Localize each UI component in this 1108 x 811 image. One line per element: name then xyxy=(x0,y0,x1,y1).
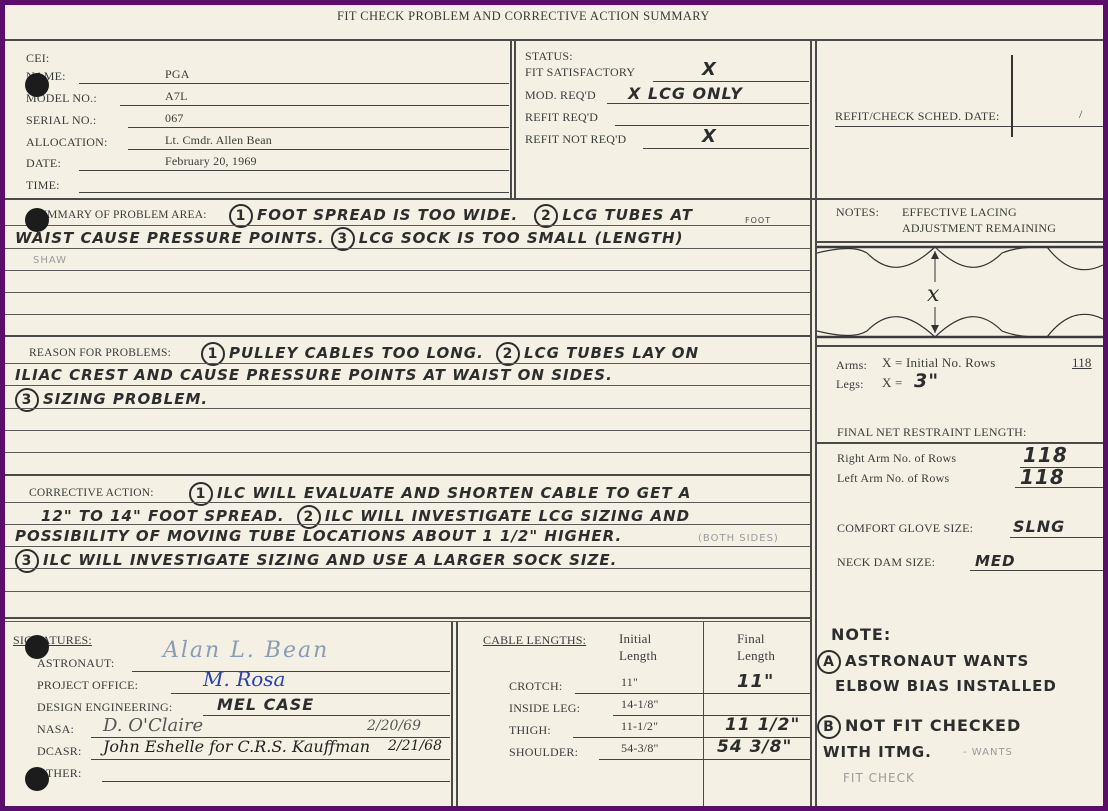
circled-number: 3 xyxy=(15,549,39,573)
rule xyxy=(5,270,810,271)
underline xyxy=(607,103,809,104)
handwriting: FOOT SPREAD IS TOO WIDE. xyxy=(257,206,518,224)
rule xyxy=(5,430,810,431)
name-value: PGA xyxy=(165,67,190,82)
underline xyxy=(171,693,450,694)
circled-number: 2 xyxy=(297,505,321,529)
neckdam-label: NECK DAM SIZE: xyxy=(837,555,935,570)
status-fit-mark: X xyxy=(702,59,717,80)
punch-hole xyxy=(25,73,49,97)
sig-astronaut-label: ASTRONAUT: xyxy=(37,656,114,671)
restraint-heading: FINAL NET RESTRAINT LENGTH: xyxy=(837,425,1027,440)
corrective-line-3: POSSIBILITY OF MOVING TUBE LOCATIONS ABO… xyxy=(15,527,622,545)
allocation-value: Lt. Cmdr. Allen Bean xyxy=(165,133,272,148)
summary-label: SUMMARY OF PROBLEM AREA: xyxy=(32,209,207,221)
cable-crotch-initial: 11" xyxy=(621,675,638,690)
sig-nasa-date: 2/20/69 xyxy=(367,718,421,734)
status-heading: STATUS: xyxy=(525,49,573,64)
rule xyxy=(5,248,810,249)
cable-leg-label: INSIDE LEG: xyxy=(509,701,580,716)
legs-text: X = xyxy=(882,375,903,391)
underline xyxy=(79,192,509,193)
cable-shoulder-label: SHOULDER: xyxy=(509,745,578,760)
handwriting: ASTRONAUT WANTS xyxy=(845,652,1029,670)
circled-letter: B xyxy=(817,715,841,739)
serial-value: 067 xyxy=(165,111,184,126)
divider xyxy=(817,345,1103,347)
note-a: AASTRONAUT WANTS xyxy=(817,650,1029,674)
cable-shoulder-initial: 54-3/8" xyxy=(621,741,659,756)
rule xyxy=(5,225,810,226)
rule xyxy=(5,452,810,453)
sig-nasa: D. O'Claire xyxy=(103,715,203,736)
sig-dcasr-label: DCASR: xyxy=(37,744,82,759)
divider xyxy=(5,39,1103,41)
arms-value: 118 xyxy=(1072,355,1092,371)
sig-dcasr: John Eshelle for C.R.S. Kauffman xyxy=(103,737,370,756)
cable-shoulder-final: 54 3/8" xyxy=(717,737,792,757)
handwriting: LCG SOCK IS TOO SMALL (LENGTH) xyxy=(359,229,684,247)
glove-value: SLNG xyxy=(1013,517,1065,536)
serial-label: SERIAL NO.: xyxy=(26,113,96,128)
notes-text-1: EFFECTIVE LACING xyxy=(902,205,1017,220)
cable-thigh-initial: 11-1/2" xyxy=(621,719,658,734)
reason-line-2: ILIAC CREST AND CAUSE PRESSURE POINTS AT… xyxy=(15,366,613,384)
left-arm-label: Left Arm No. of Rows xyxy=(837,471,949,486)
cable-leg-initial: 14-1/8" xyxy=(621,697,659,712)
lacing-x-symbol: x xyxy=(925,282,941,307)
rule xyxy=(5,314,810,315)
date-label: DATE: xyxy=(26,156,61,171)
divider xyxy=(514,40,516,198)
pencil-note: SHAW xyxy=(33,255,67,266)
rule xyxy=(5,385,810,386)
rule xyxy=(5,524,810,525)
divider xyxy=(451,622,453,806)
divider xyxy=(5,474,810,476)
date-value: February 20, 1969 xyxy=(165,154,257,169)
underline xyxy=(835,126,1103,127)
sig-project: M. Rosa xyxy=(203,667,285,691)
underline xyxy=(128,149,509,150)
underline xyxy=(643,148,809,149)
status-mod-label: MOD. REQ'D xyxy=(525,88,596,103)
divider xyxy=(5,198,1103,200)
refit-sched-value: / xyxy=(1079,107,1083,122)
divider xyxy=(810,40,812,806)
sig-dcasr-date: 2/21/68 xyxy=(388,738,442,754)
arms-label: Arms: xyxy=(836,358,867,373)
underline xyxy=(203,715,450,716)
status-refit-label: REFIT REQ'D xyxy=(525,110,598,125)
underline xyxy=(128,127,509,128)
refit-sched-label: REFIT/CHECK SCHED. DATE: xyxy=(835,109,999,124)
underline xyxy=(79,83,509,84)
underline xyxy=(970,570,1103,571)
punch-hole xyxy=(25,767,49,791)
sig-astronaut: Alan L. Bean xyxy=(163,638,329,663)
corrective-line-2: 12" TO 14" FOOT SPREAD. 2ILC WILL INVEST… xyxy=(41,505,690,529)
notes-label: NOTES: xyxy=(836,205,879,220)
model-value: A7L xyxy=(165,89,188,104)
cable-col-final-1: Final xyxy=(737,631,765,647)
status-refit-not-label: REFIT NOT REQ'D xyxy=(525,132,626,147)
underline xyxy=(599,759,810,760)
handwriting: LCG TUBES LAY ON xyxy=(524,344,699,362)
neckdam-value: MED xyxy=(975,552,1016,570)
handwriting: SIZING PROBLEM. xyxy=(43,390,208,408)
notes-text-2: ADJUSTMENT REMAINING xyxy=(902,221,1056,236)
underline xyxy=(132,671,450,672)
divider xyxy=(456,622,458,806)
circled-letter: A xyxy=(817,650,841,674)
rule xyxy=(5,292,810,293)
sig-design: MEL CASE xyxy=(217,695,314,714)
cable-crotch-final: 11" xyxy=(737,671,774,692)
corrective-label: CORRECTIVE ACTION: xyxy=(29,487,154,499)
legs-label: Legs: xyxy=(836,377,864,392)
rule xyxy=(5,568,810,569)
divider xyxy=(510,40,512,198)
handwriting: ILC WILL INVESTIGATE LCG SIZING AND xyxy=(325,507,690,525)
rule xyxy=(5,408,810,409)
left-arm-value: 118 xyxy=(1020,465,1065,489)
handwriting: ILC WILL EVALUATE AND SHORTEN CABLE TO G… xyxy=(217,484,691,502)
right-arm-value: 118 xyxy=(1023,443,1068,467)
form-page: FIT CHECK PROBLEM AND CORRECTIVE ACTION … xyxy=(5,5,1103,806)
divider xyxy=(5,335,810,337)
status-fit-label: FIT SATISFACTORY xyxy=(525,65,635,80)
allocation-label: ALLOCATION: xyxy=(26,135,108,150)
handwriting: WAIST CAUSE PRESSURE POINTS. xyxy=(15,229,325,247)
corrective-line-4: 3ILC WILL INVESTIGATE SIZING AND USE A L… xyxy=(15,549,617,573)
underline xyxy=(653,81,809,82)
punch-hole xyxy=(25,635,49,659)
right-arm-label: Right Arm No. of Rows xyxy=(837,451,956,466)
sig-project-label: PROJECT OFFICE: xyxy=(37,678,138,693)
divider xyxy=(5,617,810,619)
sig-nasa-label: NASA: xyxy=(37,722,74,737)
cable-crotch-label: CROTCH: xyxy=(509,679,562,694)
legs-value: 3" xyxy=(914,370,939,392)
divider xyxy=(703,622,704,806)
punch-hole xyxy=(25,208,49,232)
cable-thigh-final: 11 1/2" xyxy=(725,715,800,735)
underline xyxy=(575,693,810,694)
glove-label: COMFORT GLOVE SIZE: xyxy=(837,521,973,536)
note-a-line2: ELBOW BIAS INSTALLED xyxy=(835,677,1057,695)
lacing-diagram xyxy=(817,243,1103,343)
handwriting: NOT FIT CHECKED xyxy=(845,716,1021,735)
underline xyxy=(1010,537,1103,538)
reason-label: REASON FOR PROBLEMS: xyxy=(29,347,171,359)
underline xyxy=(120,105,509,106)
underline xyxy=(79,170,509,171)
pencil-note: - WANTS xyxy=(963,747,1013,758)
status-mod-mark: X LCG ONLY xyxy=(628,84,743,103)
time-label: TIME: xyxy=(26,178,60,193)
cable-heading: CABLE LENGTHS: xyxy=(483,633,586,648)
rule xyxy=(5,502,810,503)
form-title: FIT CHECK PROBLEM AND CORRECTIVE ACTION … xyxy=(337,9,710,24)
cable-col-initial-1: Initial xyxy=(619,631,651,647)
rule xyxy=(5,621,810,622)
pencil-note: FIT CHECK xyxy=(843,771,915,785)
underline xyxy=(102,781,450,782)
status-refit-not-mark: X xyxy=(702,126,717,147)
rule xyxy=(5,591,810,592)
rule xyxy=(5,363,810,364)
cable-col-initial-2: Length xyxy=(619,648,657,664)
divider xyxy=(815,40,817,806)
pen-stroke xyxy=(1011,55,1013,137)
rule xyxy=(5,546,810,547)
note-b: BNOT FIT CHECKED xyxy=(817,715,1021,739)
note-b-line2: WITH ITMG. xyxy=(823,743,932,761)
handwriting: LCG TUBES AT xyxy=(562,206,693,224)
cable-thigh-label: THIGH: xyxy=(509,723,551,738)
note-heading: NOTE: xyxy=(831,625,891,644)
arms-text: X = Initial No. Rows xyxy=(882,355,996,371)
underline xyxy=(1015,487,1103,488)
sig-design-label: DESIGN ENGINEERING: xyxy=(37,700,172,715)
foot-insert: FOOT xyxy=(745,216,771,225)
underline xyxy=(91,759,450,760)
cei-label: CEI: xyxy=(26,51,49,66)
handwriting: 12" TO 14" FOOT SPREAD. xyxy=(41,507,285,525)
pencil-note: (BOTH SIDES) xyxy=(698,533,779,544)
handwriting: ILC WILL INVESTIGATE SIZING AND USE A LA… xyxy=(43,551,617,569)
handwriting: PULLEY CABLES TOO LONG. xyxy=(229,344,484,362)
cable-col-final-2: Length xyxy=(737,648,775,664)
